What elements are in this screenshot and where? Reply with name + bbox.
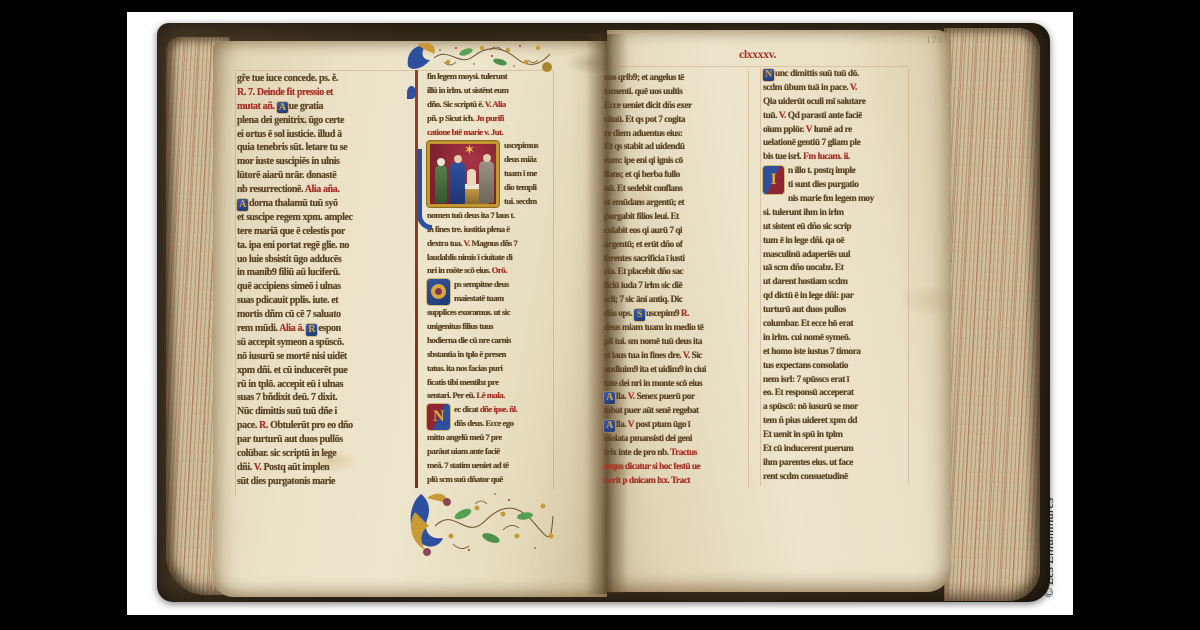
text-segment: cituū. Et qs pot 7 cogita [604,115,685,125]
text-line: sūt dies purgatonis marie [237,475,410,489]
text-segment: Alia aña. [305,184,340,195]
text-line: mortis dñm cū cē 7 saluato [237,308,410,322]
text-segment: V. [254,462,264,473]
ruling-line [602,70,603,490]
text-segment: unigenitus filius tuus [427,321,493,331]
text-segment: laudablis nimis ī ciuitate di [427,252,512,262]
text-line: unigenitus filius tuus [427,320,553,334]
text-line: ficatis tibi mentibz pre [427,376,553,390]
text-line: scdm ūbum tuā in pace. V. [763,82,907,96]
text-segment: Nūc dimittis suū tuū dñe i [237,406,337,417]
text-line: uiolata pmansisti dei geni [604,433,746,447]
text-segment: sentari. Per eū. [427,390,476,400]
text-segment: sūt dies purgatonis marie [237,476,335,487]
text-line: par turturū aut duos pullōs [237,433,410,447]
text-line: supplices exoramus. ut sic [427,306,553,320]
text-line: ✶ uscepimus [427,139,553,153]
text-line: columbar. Et ecce hō erat [763,318,907,332]
text-line: mutat añ. Aue gratia [237,100,410,114]
text-segment: suas 7 bñdixit deū. 7 dixit. [237,392,337,403]
text-line: nō iusurū se mortē nisi uidēt [237,350,410,364]
text-segment: lla. [616,420,628,430]
text-segment: par turturū aut duos pullōs [237,434,343,445]
text-line: ficiū iuda 7 irlm sic diē [604,280,746,294]
text-line: Alla. V. Senex puerū por [604,391,746,405]
text-segment: lla. [616,392,628,402]
figure-simeon [479,161,494,203]
text-line: seqns dicatur si hoc festū ue [604,461,746,475]
text-line: plena dei genitrix. ūgo certe [237,114,410,128]
text-segment: ut darent hostiam scdm [763,277,847,287]
pencil-folio-number: 171 [926,36,943,46]
text-segment: et emūdans argentū; et [604,198,684,208]
illuminated-initial [427,279,450,305]
text-line: scli; 7 sic āni antiq. Dic [604,294,746,308]
text-line: meā. 7 statim ueniet ad tē [427,459,553,473]
text-segment: lumē ad re [814,125,852,135]
text-segment: ti sunt dies purgatio [788,180,859,190]
text-segment: si. tulerunt ihm in irlm [763,208,844,218]
text-segment: illū in irlm. ut sistēnt eum [427,85,508,95]
text-segment: V. [779,111,788,121]
text-segment: dño. Sic scriptū ē. [427,99,485,109]
text-segment: plū scm suū dñator quē [427,474,503,484]
text-segment: Fm lucam. ii. [803,152,850,162]
text-segment: uiolata pmansisti dei geni [604,434,692,444]
text-segment: Et uenit in spū in tplm [763,430,843,440]
text-segment: ec dicat [454,404,480,414]
text-segment: colūbar. sic scriptū in lege [237,448,336,459]
text-line: ferentes sacrificia ī iusti [604,253,746,267]
text-segment: rem mūdi. [237,323,279,334]
vertical-bar-decoration [415,70,418,488]
text-line: re diem aduentus eius: [604,128,746,142]
ruling-line [908,68,909,484]
text-line: nb resurrectionē. Alia aña. [237,183,410,197]
text-segment: bis tue isrl. [763,152,803,162]
text-segment: ue gratia [289,101,323,112]
text-segment: nū. Et sedebit conflans [604,184,682,194]
text-segment: a spūscō: nō iusurū se mor [763,402,858,412]
text-line: xpm dñi. et cū inducerēt pue [237,364,410,378]
text-segment: et laus tua in fines dre. [604,351,683,361]
text-segment: seqns dicatur si hoc festū ue [604,462,700,472]
figure-mary [450,162,465,204]
text-line: tere mariā que ē celestis por [237,225,410,239]
text-segment: mutat añ. [237,101,277,112]
text-segment: uā scm dño uocabz. Et [763,263,843,273]
text-segment: mitto angelū meū 7 pre [427,432,502,442]
text-segment: columbar. Et ecce hō erat [763,319,853,329]
miniature-frame: ✶ [427,141,499,207]
text-segment: n illo t. postq imple [788,166,855,176]
text-segment: et homo iste iustus 7 timora [763,347,861,357]
illuminated-initial: I [763,166,784,194]
ruling-line [235,72,236,496]
text-line: Ecce ueniet dicit dñs exer [604,100,746,114]
text-line: suas 7 bñdixit deū. 7 dixit. [237,391,410,405]
text-segment: Ecce ueniet dicit dñs exer [604,101,692,111]
initial-chip: A [277,102,288,114]
text-line: hodierna die cū nre carnis [427,334,553,348]
text-segment: qd dictū ē in lege dñi: par [763,291,853,301]
text-line: flans; et qi herba fullo [604,169,746,183]
text-segment: nis marie fm legem moy [788,194,874,204]
initial-letter: I [763,166,784,194]
text-segment: rent scdm consuetudinē [763,472,848,482]
text-segment: post ptum ūgo ī [636,420,690,430]
text-line: dñs ops. Suscepim9 R. [604,308,746,322]
text-segment: tuū. [763,111,779,121]
text-line: tamenti. quē uos uultis [604,86,746,100]
text-segment: uelationē gentiū 7 gliam ple [763,138,860,148]
text-segment: V. [850,83,857,93]
text-line: Nunc dimittis suū tuū dō. [763,68,907,82]
copyright-credit: © Les Enluminures [1041,498,1057,598]
text-segment: et suscipe regem xpm. amplec [237,212,353,223]
text-segment: tabat puer aūt senē regebat [604,406,699,416]
text-line: Alla. V post ptum ūgo ī [604,419,746,433]
text-segment: ficiū iuda 7 irlm sic diē [604,281,682,291]
text-line: illū in irlm. ut sistēnt eum [427,84,553,98]
text-line: in irlm. cui nomē symeō. [763,332,907,346]
text-line: tate dei nri in monte scō eius [604,378,746,392]
text-segment: nerit p dnicam lxx. Tract [604,476,690,486]
text-line: sentari. Per eū. Lē mala. [427,389,553,403]
text-segment: tatus. ita nos facias puri [427,363,502,373]
text-line: Et cū inducerent puerum [763,443,907,457]
text-line: Nūc dimittis suū tuū dñe i [237,405,410,419]
text-line: purgabit filios leui. Et [604,211,746,225]
text-segment: deus miāz [504,154,536,164]
initial-chip: S [634,309,645,321]
text-segment: ei ortus ē sol iusticie. illud ā [237,129,342,140]
text-segment: turturū aut duos pullos [763,305,846,315]
text-line: oīum pplōr. V lumē ad re [763,124,907,138]
text-line: uos qrib9; et angelus tē [604,72,746,86]
top-border-decoration [404,40,554,74]
text-segment: argentū; et erūt dño of [604,240,682,250]
text-line: parāut uiam ante faciē [427,445,553,459]
text-segment: V [628,420,636,430]
text-segment: deus miam tuam in medio tē [604,323,703,333]
text-segment: quē accipiens simeō i ulnas [237,281,341,292]
initial-o-ring [431,284,446,299]
illuminated-initial: N [427,404,450,430]
text-line: eo. Et responsū acceperat [763,387,907,401]
text-segment: ferentes sacrificia ī iusti [604,254,685,264]
text-segment: Tractus [670,448,697,458]
text-line: quia tenebris sūt. letare tu se [237,141,410,155]
text-line: dño. Sic scriptū ē. V. Alia [427,98,553,112]
text-segment: dñs ops. [604,309,634,319]
text-segment: dñs deus. Ecce ego [454,418,514,428]
text-segment: ta. ipa eni portat regē glie. no [237,240,349,251]
text-segment: tem ñ pius uideret xpm dd [763,416,857,426]
text-segment: uscepimus [504,140,538,150]
text-segment: Magnus dñs 7 [471,238,517,248]
text-line: mor iuste suscipiēs in ulnis [237,155,410,169]
text-segment: pñ. p Sicut ich. [427,113,476,123]
text-segment: Qia uiderūt oculi mī salutare [763,97,865,107]
text-line: nū. Et sedebit conflans [604,183,746,197]
text-line: dextra tua. V. Magnus dñs 7 [427,237,553,251]
text-segment: trix inte de pro nb. [604,448,670,458]
text-line: et emūdans argentū; et [604,197,746,211]
text-line: uo luie sbsistit ūgo adducēs [237,253,410,267]
text-segment: rū in tplō. accepit eū i ulnas [237,379,343,390]
text-line: turturū aut duos pullos [763,304,907,318]
text-line: tuū. V. Qd parasti ante faciē [763,110,907,124]
text-line: in manib9 filiū aū luciferū. [237,266,410,280]
text-segment: uscepim9 [646,309,681,319]
text-segment: plena dei genitrix. ūgo certe [237,115,344,126]
text-segment: suas pdicauit pplis. iute. et [237,295,338,306]
text-segment: nem isrl: 7 spūsscs erat ī [763,375,849,385]
text-segment: ps sempitne deus [454,279,509,289]
text-segment: Senex puerū por [636,392,694,402]
text-segment: pace. [237,420,259,431]
text-segment: Et cū inducerent puerum [763,444,853,454]
right-col1: uos qrib9; et angelus tētamenti. quē uos… [604,72,746,489]
text-line: quē accipiens simeō i ulnas [237,280,410,294]
text-line: laudablis nimis ī ciuitate di [427,251,553,265]
text-line: suas pdicauit pplis. iute. et [237,294,410,308]
text-segment: unc dimittis suū tuū dō. [775,69,859,79]
text-segment: meā. 7 statim ueniet ad tē [427,460,508,470]
right-page-edges [944,28,1040,601]
text-line: ihm parentes eius. ut face [763,457,907,471]
text-line: nerit p dnicam lxx. Tract [604,475,746,489]
text-segment: R. [681,309,689,319]
bottom-border-decoration [405,486,557,558]
text-segment: scli; 7 sic āni antiq. Dic [604,295,682,305]
initial-letter: N [427,404,450,430]
text-segment: V. [683,351,692,361]
ruling-line [748,70,749,488]
text-line: trix inte de pro nb. Tractus [604,447,746,461]
text-segment: colabit eos qi aurū 7 qi [604,226,682,236]
text-segment: sū accepit symeon a spūscō. [237,337,344,348]
text-line: tatus. ita nos facias puri [427,362,553,376]
text-segment: R. [259,420,270,431]
text-line: pace. R. Obtulerūt pro eo dño [237,419,410,433]
text-segment: quia tenebris sūt. letare tu se [237,142,347,153]
text-line: pli tui. sm nomē tuū deus ita [604,336,746,350]
initial-chip: R [306,324,317,336]
text-segment: tuam ī me [504,168,537,178]
text-line: colabit eos qi aurū 7 qi [604,225,746,239]
text-line: et homo iste iustus 7 timora [763,346,907,360]
text-segment: V. Alia [485,99,506,109]
text-line: nem isrl: 7 spūsscs erat ī [763,374,907,388]
text-line: tum ē in lege dñi. qa oē [763,235,907,249]
text-segment: sbstantia in tplo ē presen [427,349,506,359]
text-segment: V [806,125,814,135]
text-line: a spūscō: nō iusurū se mor [763,401,907,415]
text-line: gře tue iuce concede. ps. ě. [237,72,410,86]
text-segment: mortis dñm cū cē 7 saluato [237,309,341,320]
text-segment: tate dei nri in monte scō eius [604,379,702,389]
text-segment: dñe ipse. ñl. [480,404,517,414]
text-segment: R. 7. Deinde fit pressio et [237,87,333,98]
text-segment: eo. Et responsū acceperat [763,388,854,398]
text-segment: in irlm. cui nomē symeō. [763,333,850,343]
text-segment: gře tue iuce concede. ps. ě. [237,73,338,84]
text-line: ei ortus ē sol iusticie. illud ā [237,128,410,142]
text-line: plū scm suū dñator quē [427,473,553,487]
text-line: et laus tua in fines dre. V. Sic [604,350,746,364]
text-segment: parāut uiam ante faciē [427,446,500,456]
text-segment: re diem aduentus eius: [604,129,682,139]
text-segment: fin legem moysi. tulerunt [427,71,507,81]
figure-maidservant [435,165,447,203]
text-segment: cia. Et placebit dño sac [604,267,683,277]
text-segment: Et qs stabit ad uidendū [604,142,684,152]
text-segment: maiestatē tuam [454,293,504,303]
text-segment: nri in mōte scō eius. [427,265,492,275]
left-col2: fin legem moysi. tuleruntillū in irlm. u… [427,70,553,487]
text-segment: nomen tuū deus ita 7 laus t. [427,210,515,220]
text-line: tem ñ pius uideret xpm dd [763,415,907,429]
text-line: sū accepit symeon a spūscō. [237,336,410,350]
text-segment: nb resurrectionē. [237,184,305,195]
ruling-line [760,68,761,486]
text-line: qd dictū ē in lege dñi: par [763,290,907,304]
text-line: uā scm dño uocabz. Et [763,262,907,276]
text-segment: ut sistent eū dño sic scrip [763,222,851,232]
text-segment: Orō. [492,265,507,275]
text-segment: tum ē in lege dñi. qa oē [763,236,844,246]
text-segment: Lē mala. [476,390,504,400]
text-segment: Sic [692,351,702,361]
text-line: I n illo t. postq imple [763,165,907,179]
text-line: Adorna thalamū tuū syō [237,197,410,211]
ruling-line [603,66,908,67]
text-segment: espon [318,323,340,334]
text-segment: supplices exoramus. ut sic [427,307,510,317]
text-segment: ihm parentes eius. ut face [763,458,853,468]
text-line: rent scdm consuetudinē [763,471,907,485]
text-line: si. tulerunt ihm in irlm [763,207,907,221]
text-segment: tamenti. quē uos uultis [604,87,682,97]
text-segment: Qd parasti ante faciē [788,111,862,121]
text-line: masculinū adaperiēs uul [763,249,907,263]
text-line: sbstantia in tplo ē presen [427,348,553,362]
text-segment: catione btē marie v. Jut. [427,127,503,137]
text-segment: pli tui. sm nomē tuū deus ita [604,337,702,347]
text-line: nomen tuū deus ita 7 laus t. [427,209,553,223]
initial-chip: A [237,199,248,211]
text-segment: Obtulerūt pro eo dño [270,420,353,431]
initial-chip: A [604,420,615,432]
text-line: cia. Et placebit dño sac [604,266,746,280]
text-segment: lūtorē aiarū nrār. donastē [237,170,336,181]
text-line: colūbar. sic scriptū in lege [237,447,410,461]
text-line: lūtorē aiarū nrār. donastē [237,169,410,183]
text-line: in fines tre. iustitia plena ē [427,223,553,237]
text-segment: uos qrib9; et angelus tē [604,73,684,83]
text-segment: dñi. [237,462,254,473]
text-line: uelationē gentiū 7 gliam ple [763,137,907,151]
text-line: tus expectans consolatio [763,360,907,374]
text-segment: scdm ūbum tuā in pace. [763,83,850,93]
text-line: nis marie fm legem moy [763,193,907,207]
text-segment: tere mariā que ē celestis por [237,226,345,237]
ruling-line [553,70,554,490]
text-segment: tui. secdm [504,196,537,206]
initial-chip: A [604,392,615,404]
text-segment: in manib9 filiū aū luciferū. [237,267,340,278]
miniature-initial: ✶ [427,141,499,207]
right-col2: Nunc dimittis suū tuū dō.scdm ūbum tuā i… [763,68,907,485]
text-line: cituū. Et qs pot 7 cogita [604,114,746,128]
text-line: rem mūdi. Alia ā. Respon [237,322,410,336]
manuscript-photograph: clxxxxv. 171 gře tue iuce concede. ps. ě… [0,0,1200,630]
folio-heading: clxxxxv. [739,47,776,62]
text-segment: masculinū adaperiēs uul [763,250,850,260]
text-segment: dio templi [504,182,536,192]
text-segment: flans; et qi herba fullo [604,170,680,180]
text-line: ut darent hostiam scdm [763,276,907,290]
text-line: bis tue isrl. Fm lucam. ii. [763,151,907,165]
text-line: ti sunt dies purgatio [763,179,907,193]
left-col1: gře tue iuce concede. ps. ě.R. 7. Deinde… [237,72,410,489]
text-line: R. 7. Deinde fit pressio et [237,86,410,100]
text-line: ta. ipa eni portat regē glie. no [237,239,410,253]
text-line: Qia uiderūt oculi mī salutare [763,96,907,110]
text-line: argentū; et erūt dño of [604,239,746,253]
text-segment: in fines tre. iustitia plena ē [427,224,510,234]
text-segment: tus expectans consolatio [763,361,848,371]
text-segment: hodierna die cū nre carnis [427,335,511,345]
figure-christ-child [467,169,476,186]
text-segment: uo luie sbsistit ūgo adducēs [237,254,341,265]
text-line: Et uenit in spū in tplm [763,429,907,443]
text-line: nri in mōte scō eius. Orō. [427,264,553,278]
text-line: N ec dicat dñe ipse. ñl. [427,403,553,417]
text-segment: audiuim9 ita et uidim9 in ciui [604,365,706,375]
text-segment: xpm dñi. et cū inducerēt pue [237,365,347,376]
text-segment: nō iusurū se mortē nisi uidēt [237,351,347,362]
gold-star-icon: ✶ [464,144,474,157]
text-segment: Postq aūt implen [263,462,329,473]
text-segment: eum: ipe eni qi ignis cō [604,156,683,166]
text-segment: dorna thalamū tuū syō [249,198,338,209]
text-line: deus miam tuam in medio tē [604,322,746,336]
text-line: catione btē marie v. Jut. [427,126,553,140]
text-line: ut sistent eū dño sic scrip [763,221,907,235]
text-segment: Alia ā. [279,323,306,334]
text-line: pñ. p Sicut ich. Jn purifi [427,112,553,126]
text-line: mitto angelū meū 7 pre [427,431,553,445]
text-segment: oīum pplōr. [763,125,806,135]
text-line: dñi. V. Postq aūt implen [237,461,410,475]
text-segment: Jn purifi [476,113,504,123]
text-line: fin legem moysi. tulerunt [427,70,553,84]
text-line: Et qs stabit ad uidendū [604,141,746,155]
text-line: audiuim9 ita et uidim9 in ciui [604,364,746,378]
text-segment: purgabit filios leui. Et [604,212,679,222]
text-segment: dextra tua. [427,238,464,248]
text-segment: ficatis tibi mentibz pre [427,377,498,387]
text-line: tabat puer aūt senē regebat [604,405,746,419]
text-segment: mor iuste suscipiēs in ulnis [237,156,340,167]
text-line: rū in tplō. accepit eū i ulnas [237,378,410,392]
initial-chip: N [763,69,774,81]
text-line: ps sempitne deus [427,278,553,292]
text-line: et suscipe regem xpm. amplec [237,211,410,225]
